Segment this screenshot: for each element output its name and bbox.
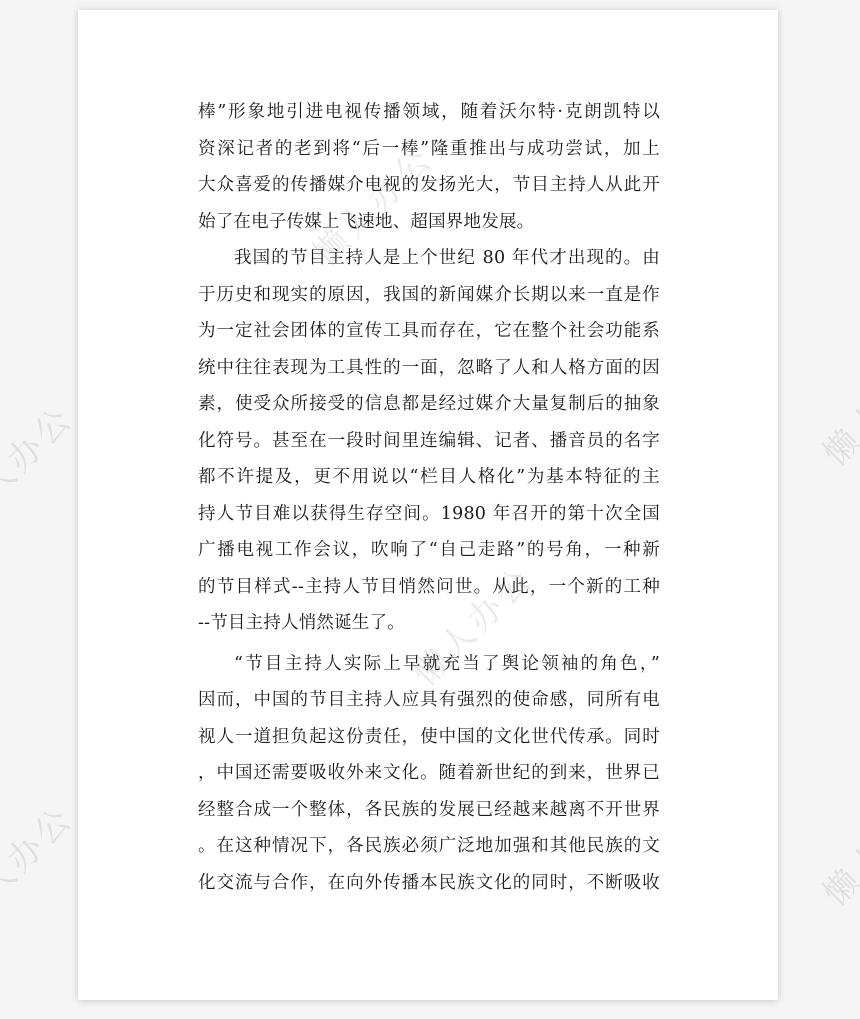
paragraph: 我国的节目主持人是上个世纪 80 年代才出现的。由 于历史和现实的原因，我国的新… [198,240,660,642]
document-body: 棒”形象地引进电视传播领域，随着沃尔特·克朗凯特以 资深记者的老到将“后一棒”隆… [198,94,660,901]
text-line: 因而，中国的节目主持人应具有强烈的使命感，同所有电 [198,682,660,719]
text-line: 都不许提及，更不用说以“栏目人格化”为基本特征的主 [198,459,660,496]
text-line: 为一定社会团体的宣传工具而存在，它在整个社会功能系 [198,313,660,350]
text-line: 大众喜爱的传播媒介电视的发扬光大，节目主持人从此开 [198,167,660,204]
text-line: 化交流与合作，在向外传播本民族文化的同时，不断吸收 [198,865,660,902]
text-line: 广播电视工作会议，吹响了“自己走路”的号角，一种新 [198,532,660,569]
watermark-text: 懒人办公 [810,333,860,475]
text-line: ，中国还需要吸收外来文化。随着新世纪的到来，世界已 [198,755,660,792]
text-line: 于历史和现实的原因，我国的新闻媒介长期以来一直是作 [198,277,660,314]
text-line: 统中往往表现为工具性的一面，忽略了人和人格方面的因 [198,350,660,387]
text-line: 经整合成一个整体，各民族的发展已经越来越离不开世界 [198,792,660,829]
text-line: 持人节目难以获得生存空间。1980 年召开的第十次全国 [198,496,660,533]
text-line: 视人一道担负起这份责任，使中国的文化世代传承。同时 [198,719,660,756]
document-page: 棒”形象地引进电视传播领域，随着沃尔特·克朗凯特以 资深记者的老到将“后一棒”隆… [78,10,778,1000]
text-line: “节目主持人实际上早就充当了舆论领袖的角色，” [198,646,660,683]
paragraph: “节目主持人实际上早就充当了舆论领袖的角色，” 因而，中国的节目主持人应具有强烈… [198,646,660,902]
text-line: 棒”形象地引进电视传播领域，随着沃尔特·克朗凯特以 [198,94,660,131]
text-line: 素，使受众所接受的信息都是经过媒介大量复制后的抽象 [198,386,660,423]
text-line: 我国的节目主持人是上个世纪 80 年代才出现的。由 [198,240,660,277]
paragraph: 棒”形象地引进电视传播领域，随着沃尔特·克朗凯特以 资深记者的老到将“后一棒”隆… [198,94,660,240]
text-line: 。在这种情况下，各民族必须广泛地加强和其他民族的文 [198,828,660,865]
text-line: 的节目样式--主持人节目悄然问世。从此，一个新的工种 [198,569,660,606]
text-line: --节目主持人悄然诞生了。 [198,605,660,642]
watermark-text: 懒人办公 [0,793,82,935]
watermark-text: 懒人办公 [810,773,860,915]
watermark-text: 懒人办公 [0,393,82,535]
text-line: 资深记者的老到将“后一棒”隆重推出与成功尝试，加上 [198,131,660,168]
text-line: 始了在电子传媒上飞速地、超国界地发展。 [198,204,660,241]
text-line: 化符号。甚至在一段时间里连编辑、记者、播音员的名字 [198,423,660,460]
